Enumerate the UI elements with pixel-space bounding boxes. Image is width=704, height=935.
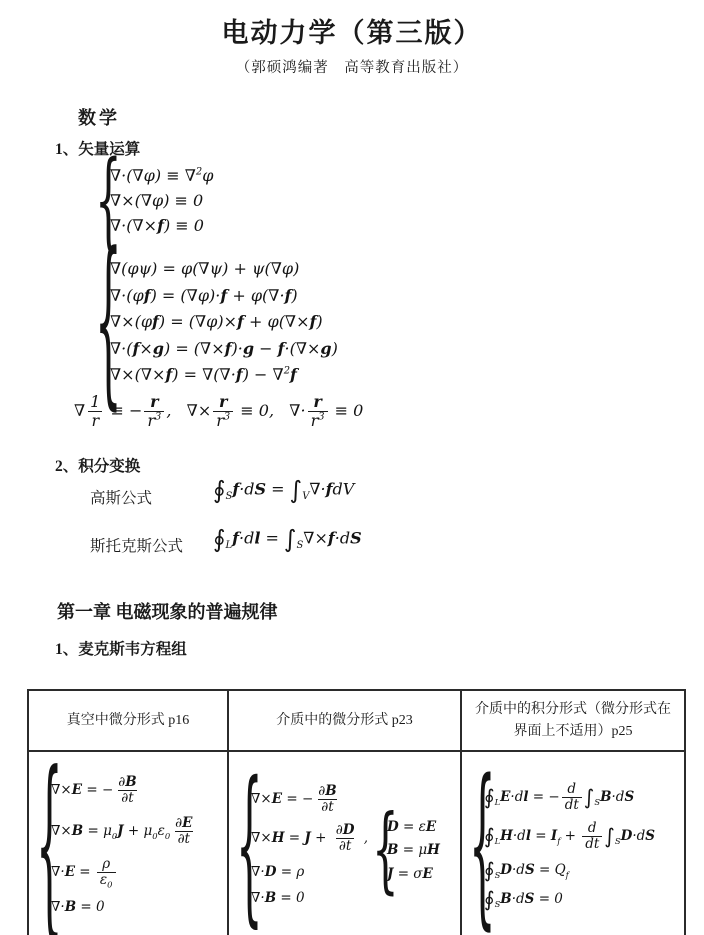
table-cell-medium-equations: { ∇×E = −∂B∂t∇×H = J + ∂D∂t ,∇·D = ρ∇·B … xyxy=(228,751,461,935)
table-header-row: 真空中微分形式 p16 介质中的微分形式 p23 介质中的积分形式（微分形式在界… xyxy=(28,690,685,751)
stokes-formula-label: 斯托克斯公式 xyxy=(90,534,183,556)
formula-line: ∮SB·dS = 0 xyxy=(484,889,563,909)
formula-line: ∮LE·dl = −ddt∫SB·dS xyxy=(484,782,634,813)
medium-maxwell-group: { ∇×E = −∂B∂t∇×H = J + ∂D∂t ,∇·D = ρ∇·B … xyxy=(236,784,368,907)
left-brace: { xyxy=(95,248,110,396)
left-brace: { xyxy=(36,767,51,924)
formula-lines: ∇(φψ) = φ(∇ψ) + ψ(∇φ)∇·(φf) = (∇φ)·f + φ… xyxy=(110,256,338,389)
left-brace: { xyxy=(372,813,387,888)
formula-line: ∇·(∇×f) ≡ 0 xyxy=(110,213,204,238)
subsection-heading-maxwell: 1、麦克斯韦方程组 xyxy=(55,637,187,659)
formula-line: ∇×E = −∂B∂t xyxy=(251,784,342,815)
formula-line: ∮LH·dl = If + ddt∫SD·dS xyxy=(484,821,655,852)
formula-lines: ∮LE·dl = −ddt∫SB·dS∮LH·dl = If + ddt∫SD·… xyxy=(484,782,655,909)
table-cell-vacuum-equations: { ∇×E = −∂B∂t∇×B = μ0J + μ0ε0∂E∂t∇·E = ρ… xyxy=(28,751,228,935)
vacuum-maxwell-group: { ∇×E = −∂B∂t∇×B = μ0J + μ0ε0∂E∂t∇·E = ρ… xyxy=(36,775,197,917)
left-brace: { xyxy=(236,777,251,914)
maxwell-equations-table: 真空中微分形式 p16 介质中的微分形式 p23 介质中的积分形式（微分形式在界… xyxy=(27,689,686,935)
table-body-row: { ∇×E = −∂B∂t∇×B = μ0J + μ0ε0∂E∂t∇·E = ρ… xyxy=(28,751,685,935)
formula-line: ∇×(φf) = (∇φ)×f + φ(∇×f) xyxy=(110,309,323,336)
table-header-medium-differential: 介质中的微分形式 p23 xyxy=(228,690,461,751)
constitutive-relations-group: { D = εEB = μHJ = σE xyxy=(372,818,440,883)
formula-line: ∇·(∇φ) ≡ ∇2φ xyxy=(110,163,213,188)
vector-identities-group-2: { ∇(φψ) = φ(∇ψ) + ψ(∇φ)∇·(φf) = (∇φ)·f +… xyxy=(95,256,338,389)
section-heading-math: 数学 xyxy=(78,104,120,130)
stokes-formula: ∮Lf·dl = ∫S∇×f·dS xyxy=(213,527,362,551)
document-title: 电动力学（第三版） xyxy=(0,11,704,50)
formula-lines: ∇×E = −∂B∂t∇×B = μ0J + μ0ε0∂E∂t∇·E = ρε0… xyxy=(51,775,197,917)
document-subtitle: （郭硕鸿编著 高等教育出版社） xyxy=(0,56,704,77)
formula-line: ∇×B = μ0J + μ0ε0∂E∂t xyxy=(51,816,197,847)
formula-lines: ∇×E = −∂B∂t∇×H = J + ∂D∂t ,∇·D = ρ∇·B = … xyxy=(251,784,368,907)
formula-lines: ∇·(∇φ) ≡ ∇2φ∇×(∇φ) ≡ 0∇·(∇×f) ≡ 0 xyxy=(110,163,213,238)
table-cell-integral-equations: { ∮LE·dl = −ddt∫SB·dS∮LH·dl = If + ddt∫S… xyxy=(461,751,685,935)
formula-line: ∇(φψ) = φ(∇ψ) + ψ(∇φ) xyxy=(110,256,299,283)
r-vector-formulas: ∇1r ≡ −rr3, ∇×rr3 ≡ 0, ∇·rr3 ≡ 0 xyxy=(74,393,363,430)
formula-line: ∮SD·dS = Qf xyxy=(484,860,569,880)
formula-line: ∇·(f×g) = (∇×f)·g − f·(∇×g) xyxy=(110,336,338,363)
subsection-heading-integral-transforms: 2、积分变换 xyxy=(55,454,140,476)
gauss-formula: ∮Sf·dS = ∫V∇·fdV xyxy=(213,478,354,502)
gauss-formula-label: 高斯公式 xyxy=(90,486,152,508)
document-page: 电动力学（第三版） （郭硕鸿编著 高等教育出版社） 数学 1、矢量运算 { ∇·… xyxy=(0,0,704,935)
integral-maxwell-group: { ∮LE·dl = −ddt∫SB·dS∮LH·dl = If + ddt∫S… xyxy=(469,782,655,909)
left-brace: { xyxy=(469,775,484,916)
formula-line: ∇·(φf) = (∇φ)·f + φ(∇·f) xyxy=(110,283,298,310)
formula-line: ∇×H = J + ∂D∂t , xyxy=(251,823,368,854)
formula-line: ∇×E = −∂B∂t xyxy=(51,775,142,806)
chapter-heading: 第一章 电磁现象的普遍规律 xyxy=(57,598,278,624)
formula-line: ∇×(∇×f) = ∇(∇·f) − ∇2f xyxy=(110,362,297,389)
formula-line: ∇×(∇φ) ≡ 0 xyxy=(110,188,203,213)
